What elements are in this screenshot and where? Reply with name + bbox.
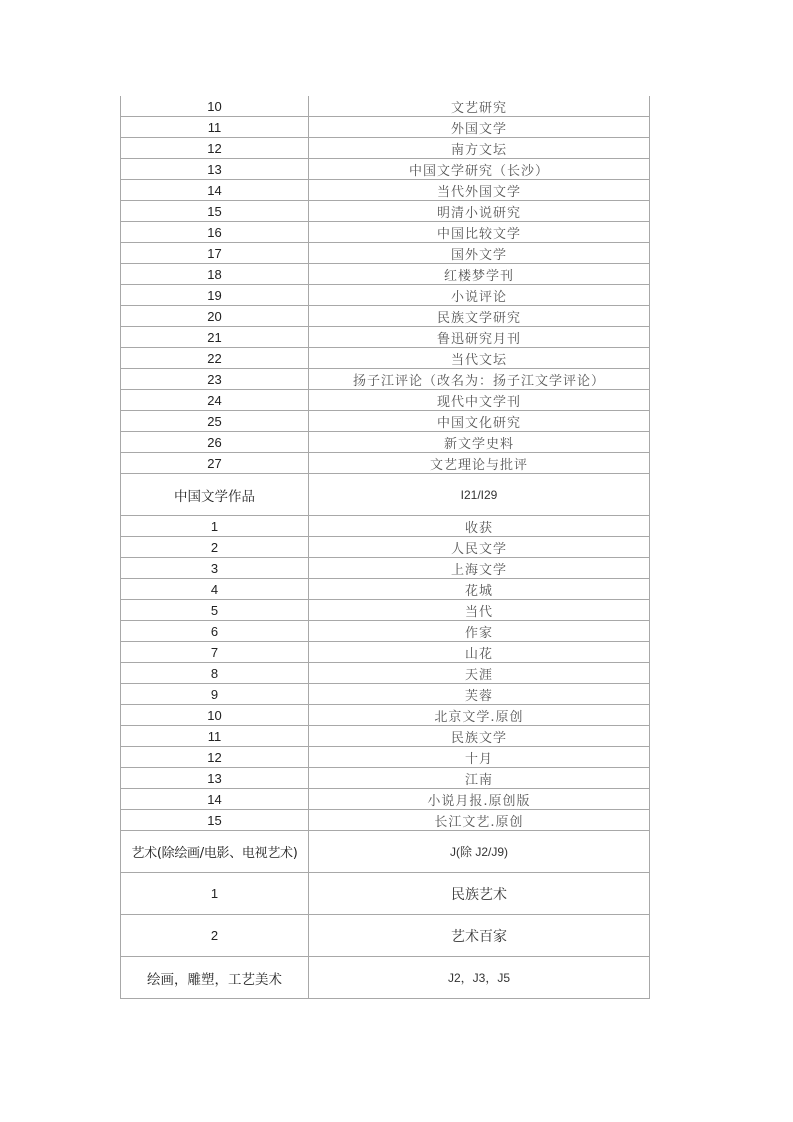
table-row: 23扬子江评论（改名为：扬子江文学评论） bbox=[121, 369, 650, 390]
journal-title: 民族文学研究 bbox=[309, 306, 650, 327]
row-number: 14 bbox=[121, 789, 309, 810]
table-row: 14当代外国文学 bbox=[121, 180, 650, 201]
row-number: 1 bbox=[121, 516, 309, 537]
row-number: 9 bbox=[121, 684, 309, 705]
section-header-row: 艺术(除绘画/电影、电视艺术) J(除 J2/J9) bbox=[121, 831, 650, 873]
table-row: 1民族艺术 bbox=[121, 873, 650, 915]
table-row: 10北京文学.原创 bbox=[121, 705, 650, 726]
journal-title: 当代文坛 bbox=[309, 348, 650, 369]
row-number: 13 bbox=[121, 159, 309, 180]
row-number: 5 bbox=[121, 600, 309, 621]
row-number: 10 bbox=[121, 96, 309, 117]
row-number: 10 bbox=[121, 705, 309, 726]
table-row: 6作家 bbox=[121, 621, 650, 642]
journal-title: 长江文艺.原创 bbox=[309, 810, 650, 831]
row-number: 11 bbox=[121, 117, 309, 138]
table-row: 20民族文学研究 bbox=[121, 306, 650, 327]
section-code-chinese-works: I21/I29 bbox=[309, 474, 650, 516]
table-row: 8天涯 bbox=[121, 663, 650, 684]
journal-list-table: 10文艺研究 11外国文学 12南方文坛 13中国文学研究（长沙） 14当代外国… bbox=[120, 96, 650, 999]
table-row: 21鲁迅研究月刊 bbox=[121, 327, 650, 348]
row-number: 26 bbox=[121, 432, 309, 453]
row-number: 23 bbox=[121, 369, 309, 390]
section-code-art: J(除 J2/J9) bbox=[309, 831, 650, 873]
row-number: 27 bbox=[121, 453, 309, 474]
journal-title: 明清小说研究 bbox=[309, 201, 650, 222]
row-number: 22 bbox=[121, 348, 309, 369]
journal-title: 花城 bbox=[309, 579, 650, 600]
journal-title: 江南 bbox=[309, 768, 650, 789]
table-row: 2人民文学 bbox=[121, 537, 650, 558]
table-row: 5当代 bbox=[121, 600, 650, 621]
journal-title: 新文学史料 bbox=[309, 432, 650, 453]
journal-title: 山花 bbox=[309, 642, 650, 663]
row-number: 6 bbox=[121, 621, 309, 642]
row-number: 1 bbox=[121, 873, 309, 915]
document-page: 10文艺研究 11外国文学 12南方文坛 13中国文学研究（长沙） 14当代外国… bbox=[0, 0, 793, 1122]
table-row: 25中国文化研究 bbox=[121, 411, 650, 432]
row-number: 15 bbox=[121, 201, 309, 222]
journal-title: 北京文学.原创 bbox=[309, 705, 650, 726]
row-number: 18 bbox=[121, 264, 309, 285]
table-row: 11外国文学 bbox=[121, 117, 650, 138]
table-row: 24现代中文学刊 bbox=[121, 390, 650, 411]
row-number: 24 bbox=[121, 390, 309, 411]
table-row: 15长江文艺.原创 bbox=[121, 810, 650, 831]
journal-title: 收获 bbox=[309, 516, 650, 537]
journal-title: 南方文坛 bbox=[309, 138, 650, 159]
journal-title: 文艺理论与批评 bbox=[309, 453, 650, 474]
table-row: 11民族文学 bbox=[121, 726, 650, 747]
table-row: 4花城 bbox=[121, 579, 650, 600]
row-number: 7 bbox=[121, 642, 309, 663]
table-row: 22当代文坛 bbox=[121, 348, 650, 369]
row-number: 25 bbox=[121, 411, 309, 432]
journal-title: 十月 bbox=[309, 747, 650, 768]
row-number: 2 bbox=[121, 915, 309, 957]
table-row: 9芙蓉 bbox=[121, 684, 650, 705]
table-row: 10文艺研究 bbox=[121, 96, 650, 117]
journal-title: 现代中文学刊 bbox=[309, 390, 650, 411]
row-number: 16 bbox=[121, 222, 309, 243]
row-number: 3 bbox=[121, 558, 309, 579]
journal-title: 当代 bbox=[309, 600, 650, 621]
table-row: 3上海文学 bbox=[121, 558, 650, 579]
row-number: 17 bbox=[121, 243, 309, 264]
row-number: 19 bbox=[121, 285, 309, 306]
row-number: 4 bbox=[121, 579, 309, 600]
section-label-painting: 绘画，雕塑，工艺美术 bbox=[121, 957, 309, 999]
journal-title: 人民文学 bbox=[309, 537, 650, 558]
row-number: 2 bbox=[121, 537, 309, 558]
journal-title: 中国比较文学 bbox=[309, 222, 650, 243]
table-row: 19小说评论 bbox=[121, 285, 650, 306]
row-number: 12 bbox=[121, 138, 309, 159]
row-number: 8 bbox=[121, 663, 309, 684]
journal-title: 中国文化研究 bbox=[309, 411, 650, 432]
row-number: 20 bbox=[121, 306, 309, 327]
table-row: 16中国比较文学 bbox=[121, 222, 650, 243]
section-code-painting: J2，J3，J5 bbox=[309, 957, 650, 999]
journal-title: 艺术百家 bbox=[309, 915, 650, 957]
journal-title: 民族艺术 bbox=[309, 873, 650, 915]
journal-title: 扬子江评论（改名为：扬子江文学评论） bbox=[309, 369, 650, 390]
journal-title: 国外文学 bbox=[309, 243, 650, 264]
section-header-row: 绘画，雕塑，工艺美术 J2，J3，J5 bbox=[121, 957, 650, 999]
row-number: 21 bbox=[121, 327, 309, 348]
journal-title: 作家 bbox=[309, 621, 650, 642]
row-number: 13 bbox=[121, 768, 309, 789]
table-row: 18红楼梦学刊 bbox=[121, 264, 650, 285]
journal-title: 小说月报.原创版 bbox=[309, 789, 650, 810]
journal-title: 天涯 bbox=[309, 663, 650, 684]
table-row: 12南方文坛 bbox=[121, 138, 650, 159]
row-number: 12 bbox=[121, 747, 309, 768]
journal-title: 民族文学 bbox=[309, 726, 650, 747]
row-number: 14 bbox=[121, 180, 309, 201]
table-row: 2艺术百家 bbox=[121, 915, 650, 957]
table-row: 13江南 bbox=[121, 768, 650, 789]
journal-title: 外国文学 bbox=[309, 117, 650, 138]
journal-title: 芙蓉 bbox=[309, 684, 650, 705]
row-number: 15 bbox=[121, 810, 309, 831]
section-label-chinese-works: 中国文学作品 bbox=[121, 474, 309, 516]
journal-title: 鲁迅研究月刊 bbox=[309, 327, 650, 348]
table-row: 26新文学史料 bbox=[121, 432, 650, 453]
journal-title: 中国文学研究（长沙） bbox=[309, 159, 650, 180]
journal-title: 文艺研究 bbox=[309, 96, 650, 117]
table-row: 7山花 bbox=[121, 642, 650, 663]
journal-title: 红楼梦学刊 bbox=[309, 264, 650, 285]
section-label-art: 艺术(除绘画/电影、电视艺术) bbox=[121, 831, 309, 873]
table-row: 13中国文学研究（长沙） bbox=[121, 159, 650, 180]
table-row: 17国外文学 bbox=[121, 243, 650, 264]
section-header-row: 中国文学作品 I21/I29 bbox=[121, 474, 650, 516]
table-row: 14小说月报.原创版 bbox=[121, 789, 650, 810]
journal-title: 上海文学 bbox=[309, 558, 650, 579]
table-row: 15明清小说研究 bbox=[121, 201, 650, 222]
row-number: 11 bbox=[121, 726, 309, 747]
journal-title: 小说评论 bbox=[309, 285, 650, 306]
journal-title: 当代外国文学 bbox=[309, 180, 650, 201]
table-row: 1收获 bbox=[121, 516, 650, 537]
table-row: 27文艺理论与批评 bbox=[121, 453, 650, 474]
table-row: 12十月 bbox=[121, 747, 650, 768]
